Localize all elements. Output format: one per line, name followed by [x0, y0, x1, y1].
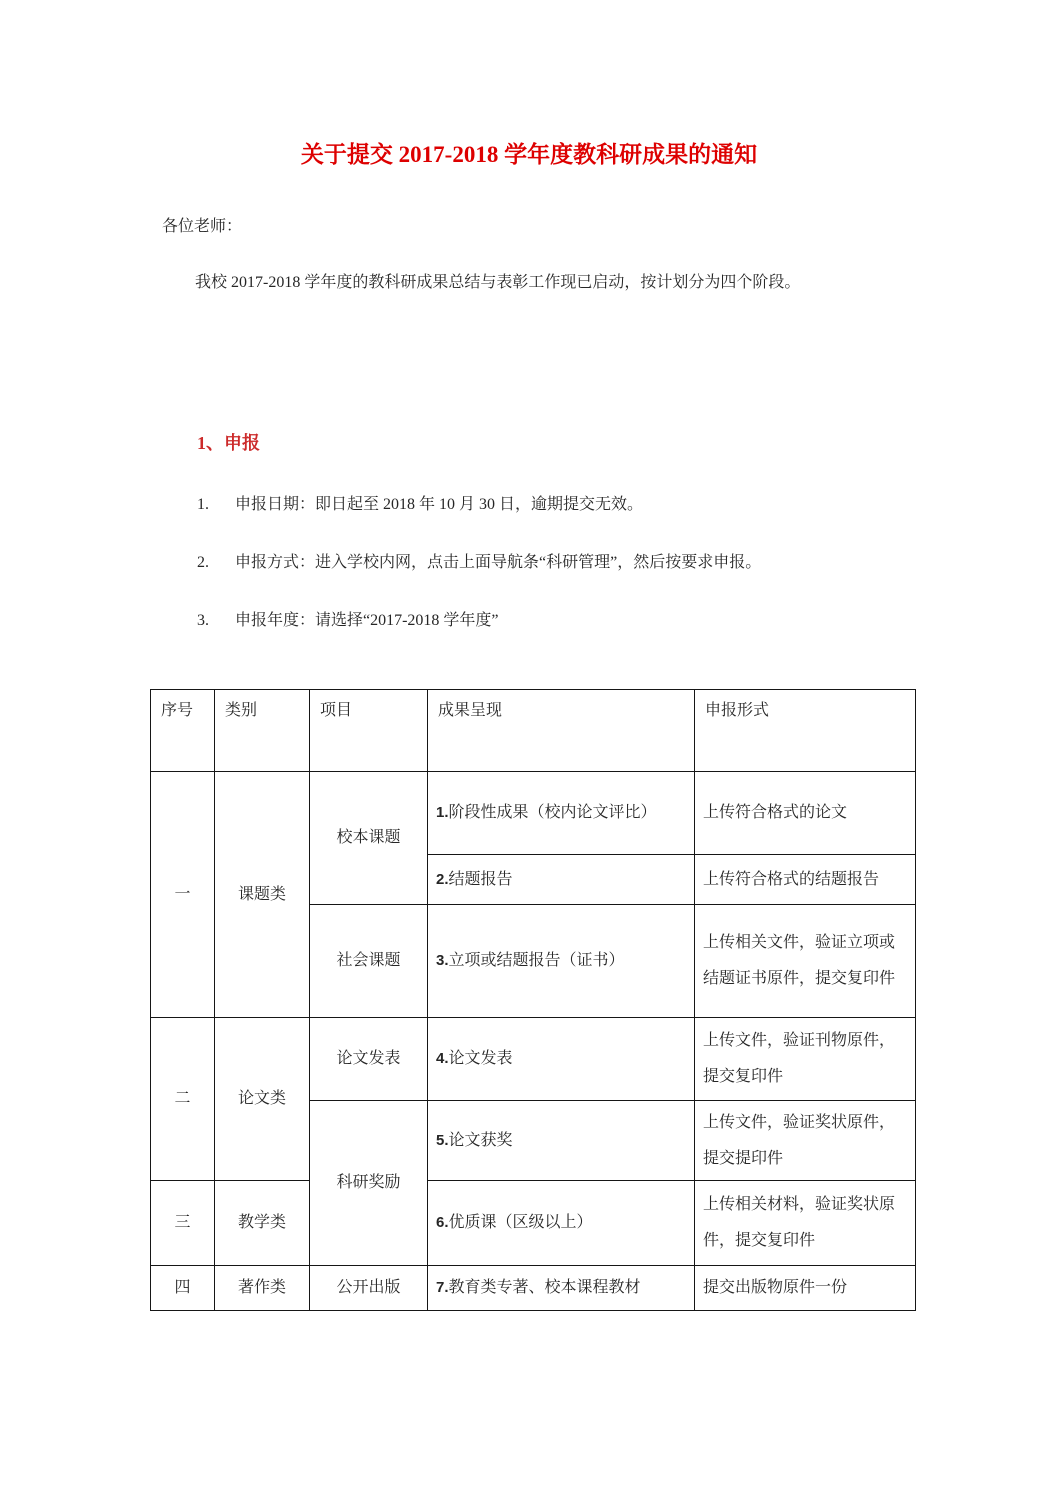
- table-row: 三 教学类 6.优质课（区级以上） 上传相关材料，验证奖状原件，提交复印件: [151, 1181, 916, 1266]
- cell-category-3: 教学类: [215, 1181, 310, 1266]
- header-form: 申报形式: [695, 690, 916, 772]
- cell-category-1: 课题类: [215, 772, 310, 1018]
- cell-form-2: 上传符合格式的结题报告: [695, 855, 916, 905]
- header-project: 项目: [310, 690, 428, 772]
- cell-form-4: 上传文件，验证刊物原件，提交复印件: [695, 1018, 916, 1101]
- list-item-number: 1.: [197, 494, 235, 516]
- cell-category-2: 论文类: [215, 1018, 310, 1181]
- achievements-table: 序号 类别 项目 成果呈现 申报形式 一 课题类 校本课题 1.阶段性成果（校内…: [150, 689, 916, 1311]
- intro-paragraph: 我校 2017-2018 学年度的教科研成果总结与表彰工作现已启动，按计划分为四…: [162, 271, 914, 295]
- list-item-number: 2.: [197, 552, 235, 574]
- cell-outcome-5: 5.论文获奖: [428, 1101, 695, 1181]
- document-page: 关于提交 2017-2018 学年度教科研成果的通知 各位老师： 我校 2017…: [0, 0, 1058, 1497]
- list-item-text: 申报日期：即日起至 2018 年 10 月 30 日，逾期提交无效。: [235, 494, 643, 516]
- outcome-text: 阶段性成果（校内论文评比）: [449, 804, 657, 821]
- cell-outcome-7: 7.教育类专著、校本课程教材: [428, 1266, 695, 1311]
- outcome-text: 优质课（区级以上）: [449, 1214, 593, 1231]
- cell-seq-4: 四: [151, 1266, 215, 1311]
- cell-project-school: 校本课题: [310, 772, 428, 905]
- table-header: 序号 类别 项目 成果呈现 申报形式: [151, 690, 916, 772]
- cell-outcome-4: 4.论文发表: [428, 1018, 695, 1101]
- list-item-apply-method: 2. 申报方式：进入学校内网，点击上面导航条“科研管理”，然后按要求申报。: [197, 552, 1058, 574]
- outcome-text: 教育类专著、校本课程教材: [449, 1279, 641, 1296]
- outcome-number: 5.: [436, 1132, 449, 1149]
- salutation: 各位老师：: [162, 216, 1058, 238]
- header-outcome: 成果呈现: [428, 690, 695, 772]
- cell-project-research-award: 科研奖励: [310, 1101, 428, 1266]
- section-heading-apply: 1、申报: [197, 431, 1058, 455]
- outcome-number: 6.: [436, 1214, 449, 1231]
- table-row: 一 课题类 校本课题 1.阶段性成果（校内论文评比） 上传符合格式的论文: [151, 772, 916, 855]
- cell-project-open-publish: 公开出版: [310, 1266, 428, 1311]
- outcome-number: 1.: [436, 804, 449, 821]
- cell-form-5: 上传文件，验证奖状原件，提交提印件: [695, 1101, 916, 1181]
- cell-form-1: 上传符合格式的论文: [695, 772, 916, 855]
- table-body: 一 课题类 校本课题 1.阶段性成果（校内论文评比） 上传符合格式的论文 2.结…: [151, 772, 916, 1311]
- cell-outcome-2: 2.结题报告: [428, 855, 695, 905]
- cell-form-7: 提交出版物原件一份: [695, 1266, 916, 1311]
- list-item-text: 申报年度：请选择“2017-2018 学年度”: [235, 610, 499, 632]
- cell-form-3: 上传相关文件，验证立项或结题证书原件，提交复印件: [695, 905, 916, 1018]
- outcome-number: 2.: [436, 871, 449, 888]
- cell-outcome-3: 3.立项或结题报告（证书）: [428, 905, 695, 1018]
- cell-category-4: 著作类: [215, 1266, 310, 1311]
- list-item-text: 申报方式：进入学校内网，点击上面导航条“科研管理”，然后按要求申报。: [235, 552, 761, 574]
- table-row: 二 论文类 论文发表 4.论文发表 上传文件，验证刊物原件，提交复印件: [151, 1018, 916, 1101]
- outcome-text: 论文发表: [449, 1050, 513, 1067]
- cell-outcome-6: 6.优质课（区级以上）: [428, 1181, 695, 1266]
- cell-seq-2: 二: [151, 1018, 215, 1181]
- cell-project-publish-paper: 论文发表: [310, 1018, 428, 1101]
- cell-seq-1: 一: [151, 772, 215, 1018]
- cell-outcome-1: 1.阶段性成果（校内论文评比）: [428, 772, 695, 855]
- outcome-text: 立项或结题报告（证书）: [449, 952, 625, 969]
- table-header-row: 序号 类别 项目 成果呈现 申报形式: [151, 690, 916, 772]
- cell-form-6: 上传相关材料，验证奖状原件，提交复印件: [695, 1181, 916, 1266]
- outcome-text: 论文获奖: [449, 1132, 513, 1149]
- cell-project-social: 社会课题: [310, 905, 428, 1018]
- outcome-number: 7.: [436, 1279, 449, 1296]
- outcome-number: 4.: [436, 1050, 449, 1067]
- header-category: 类别: [215, 690, 310, 772]
- outcome-number: 3.: [436, 952, 449, 969]
- list-item-apply-year: 3. 申报年度：请选择“2017-2018 学年度”: [197, 610, 1058, 632]
- list-item-number: 3.: [197, 610, 235, 632]
- cell-seq-3: 三: [151, 1181, 215, 1266]
- table-row: 四 著作类 公开出版 7.教育类专著、校本课程教材 提交出版物原件一份: [151, 1266, 916, 1311]
- document-title: 关于提交 2017-2018 学年度教科研成果的通知: [0, 0, 1058, 170]
- list-item-apply-date: 1. 申报日期：即日起至 2018 年 10 月 30 日，逾期提交无效。: [197, 494, 1058, 516]
- header-seq: 序号: [151, 690, 215, 772]
- application-list: 1. 申报日期：即日起至 2018 年 10 月 30 日，逾期提交无效。 2.…: [197, 494, 1058, 632]
- outcome-text: 结题报告: [449, 871, 513, 888]
